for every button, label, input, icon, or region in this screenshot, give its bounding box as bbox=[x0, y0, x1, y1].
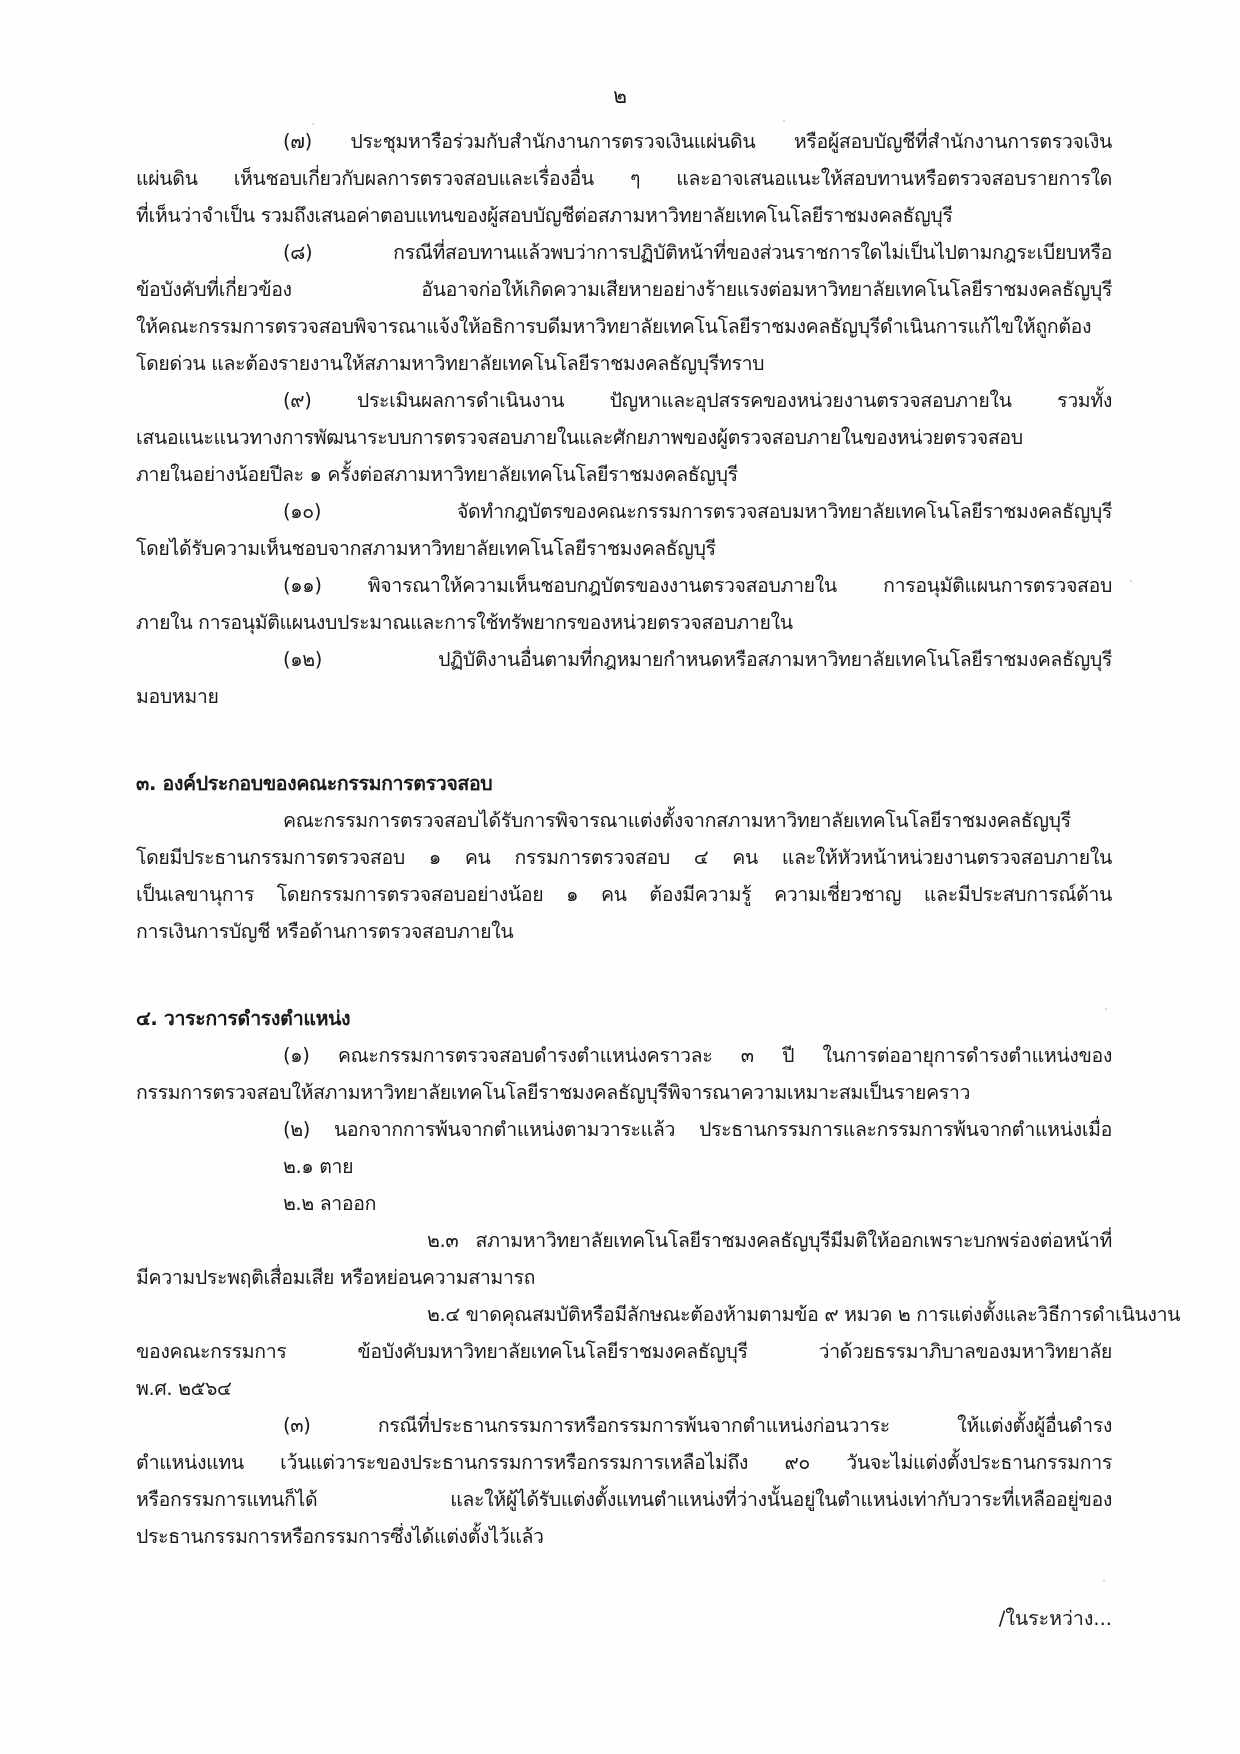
section-3-line-1: คณะกรรมการตรวจสอบได้รับการพิจารณาแต่งตั้… bbox=[283, 806, 1112, 836]
item-8-line-2: ข้อบังคับที่เกี่ยวข้อง อันอาจก่อให้เกิดค… bbox=[136, 275, 1112, 305]
section-3-line-4: การเงินการบัญชี หรือด้านการตรวจสอบภายใน bbox=[136, 917, 1112, 947]
section-4-p3-line-3: หรือกรรมการแทนก็ได้ และให้ผู้ได้รับแต่งต… bbox=[136, 1485, 1112, 1515]
item-7-line-1: (๗) ประชุมหารือร่วมกับสำนักงานการตรวจเงิ… bbox=[283, 127, 1112, 157]
section-3-line-2: โดยมีประธานกรรมการตรวจสอบ ๑ คน กรรมการตร… bbox=[136, 843, 1112, 873]
continuation-marker: /ในระหว่าง... bbox=[999, 1604, 1112, 1634]
section-4-sub-2-4-line-2: ของคณะกรรมการ ข้อบังคับมหาวิทยาลัยเทคโนโ… bbox=[136, 1337, 1112, 1367]
item-8-line-3: ให้คณะกรรมการตรวจสอบพิจารณาแจ้งให้อธิการ… bbox=[136, 312, 1112, 342]
item-9-line-2: เสนอแนะแนวทางการพัฒนาระบบการตรวจสอบภายใน… bbox=[136, 423, 1112, 453]
scan-speck bbox=[1103, 1580, 1105, 1582]
scan-speck bbox=[1105, 1008, 1107, 1010]
item-7-line-3: ที่เห็นว่าจำเป็น รวมถึงเสนอค่าตอบแทนของผ… bbox=[136, 201, 1112, 231]
item-9-line-3: ภายในอย่างน้อยปีละ ๑ ครั้งต่อสภามหาวิทยา… bbox=[136, 460, 1112, 490]
section-4-sub-2-1: ๒.๑ ตาย bbox=[283, 1152, 1240, 1182]
section-4-p1-line-2: กรรมการตรวจสอบให้สภามหาวิทยาลัยเทคโนโลยี… bbox=[136, 1078, 1112, 1108]
document-page: ๒ (๗) ประชุมหารือร่วมกับสำนักงานการตรวจเ… bbox=[0, 0, 1240, 1754]
section-4-heading: ๔. วาระการดำรงตำแหน่ง bbox=[136, 1004, 1112, 1034]
section-4-p3-line-4: ประธานกรรมการหรือกรรมการซึ่งได้แต่งตั้งไ… bbox=[136, 1522, 1112, 1552]
item-11-line-2: ภายใน การอนุมัติแผนงบประมาณและการใช้ทรัพ… bbox=[136, 608, 1112, 638]
section-4-p1-line-1: (๑) คณะกรรมการตรวจสอบดำรงตำแหน่งคราวละ ๓… bbox=[283, 1041, 1112, 1071]
section-4-p3-line-1: (๓) กรณีที่ประธานกรรมการหรือกรรมการพ้นจา… bbox=[283, 1411, 1112, 1441]
item-12-line-1: (๑๒) ปฏิบัติงานอื่นตามที่กฎหมายกำหนดหรือ… bbox=[283, 645, 1112, 675]
item-8-line-4: โดยด่วน และต้องรายงานให้สภามหาวิทยาลัยเท… bbox=[136, 349, 1112, 379]
scan-speck bbox=[1130, 580, 1132, 582]
item-11-line-1: (๑๑) พิจารณาให้ความเห็นชอบกฎบัตรของงานตร… bbox=[283, 571, 1112, 601]
item-12-line-2: มอบหมาย bbox=[136, 682, 1112, 712]
item-10-line-1: (๑๐) จัดทำกฎบัตรของคณะกรรมการตรวจสอบมหาว… bbox=[283, 497, 1112, 527]
section-3-heading: ๓. องค์ประกอบของคณะกรรมการตรวจสอบ bbox=[136, 769, 1112, 799]
scan-speck bbox=[783, 120, 785, 122]
page-number: ๒ bbox=[0, 80, 1240, 113]
section-4-sub-2-4-line-1: ๒.๔ ขาดคุณสมบัติหรือมีลักษณะต้องห้ามตามข… bbox=[427, 1300, 1112, 1330]
item-10-line-2: โดยได้รับความเห็นชอบจากสภามหาวิทยาลัยเทค… bbox=[136, 534, 1112, 564]
section-4-p3-line-2: ตำแหน่งแทน เว้นแต่วาระของประธานกรรมการหร… bbox=[136, 1448, 1112, 1478]
section-4-sub-2-3-line-2: มีความประพฤติเสื่อมเสีย หรือหย่อนความสาม… bbox=[136, 1263, 1112, 1293]
item-9-line-1: (๙) ประเมินผลการดำเนินงาน ปัญหาและอุปสรร… bbox=[283, 386, 1112, 416]
section-4-sub-2-4-line-3: พ.ศ. ๒๕๖๔ bbox=[136, 1374, 1112, 1404]
item-8-line-1: (๘) กรณีที่สอบทานแล้วพบว่าการปฏิบัติหน้า… bbox=[283, 238, 1112, 268]
section-3-line-3: เป็นเลขานุการ โดยกรรมการตรวจสอบอย่างน้อย… bbox=[136, 880, 1112, 910]
section-4-sub-2-3-line-1: ๒.๓ สภามหาวิทยาลัยเทคโนโลยีราชมงคลธัญบุร… bbox=[427, 1226, 1112, 1256]
section-4-p2-line-1: (๒) นอกจากการพ้นจากตำแหน่งตามวาระแล้ว ปร… bbox=[283, 1115, 1112, 1145]
item-7-line-2: แผ่นดิน เห็นชอบเกี่ยวกับผลการตรวจสอบและเ… bbox=[136, 164, 1112, 194]
scan-speck bbox=[312, 123, 314, 125]
section-4-sub-2-2: ๒.๒ ลาออก bbox=[283, 1189, 1240, 1219]
